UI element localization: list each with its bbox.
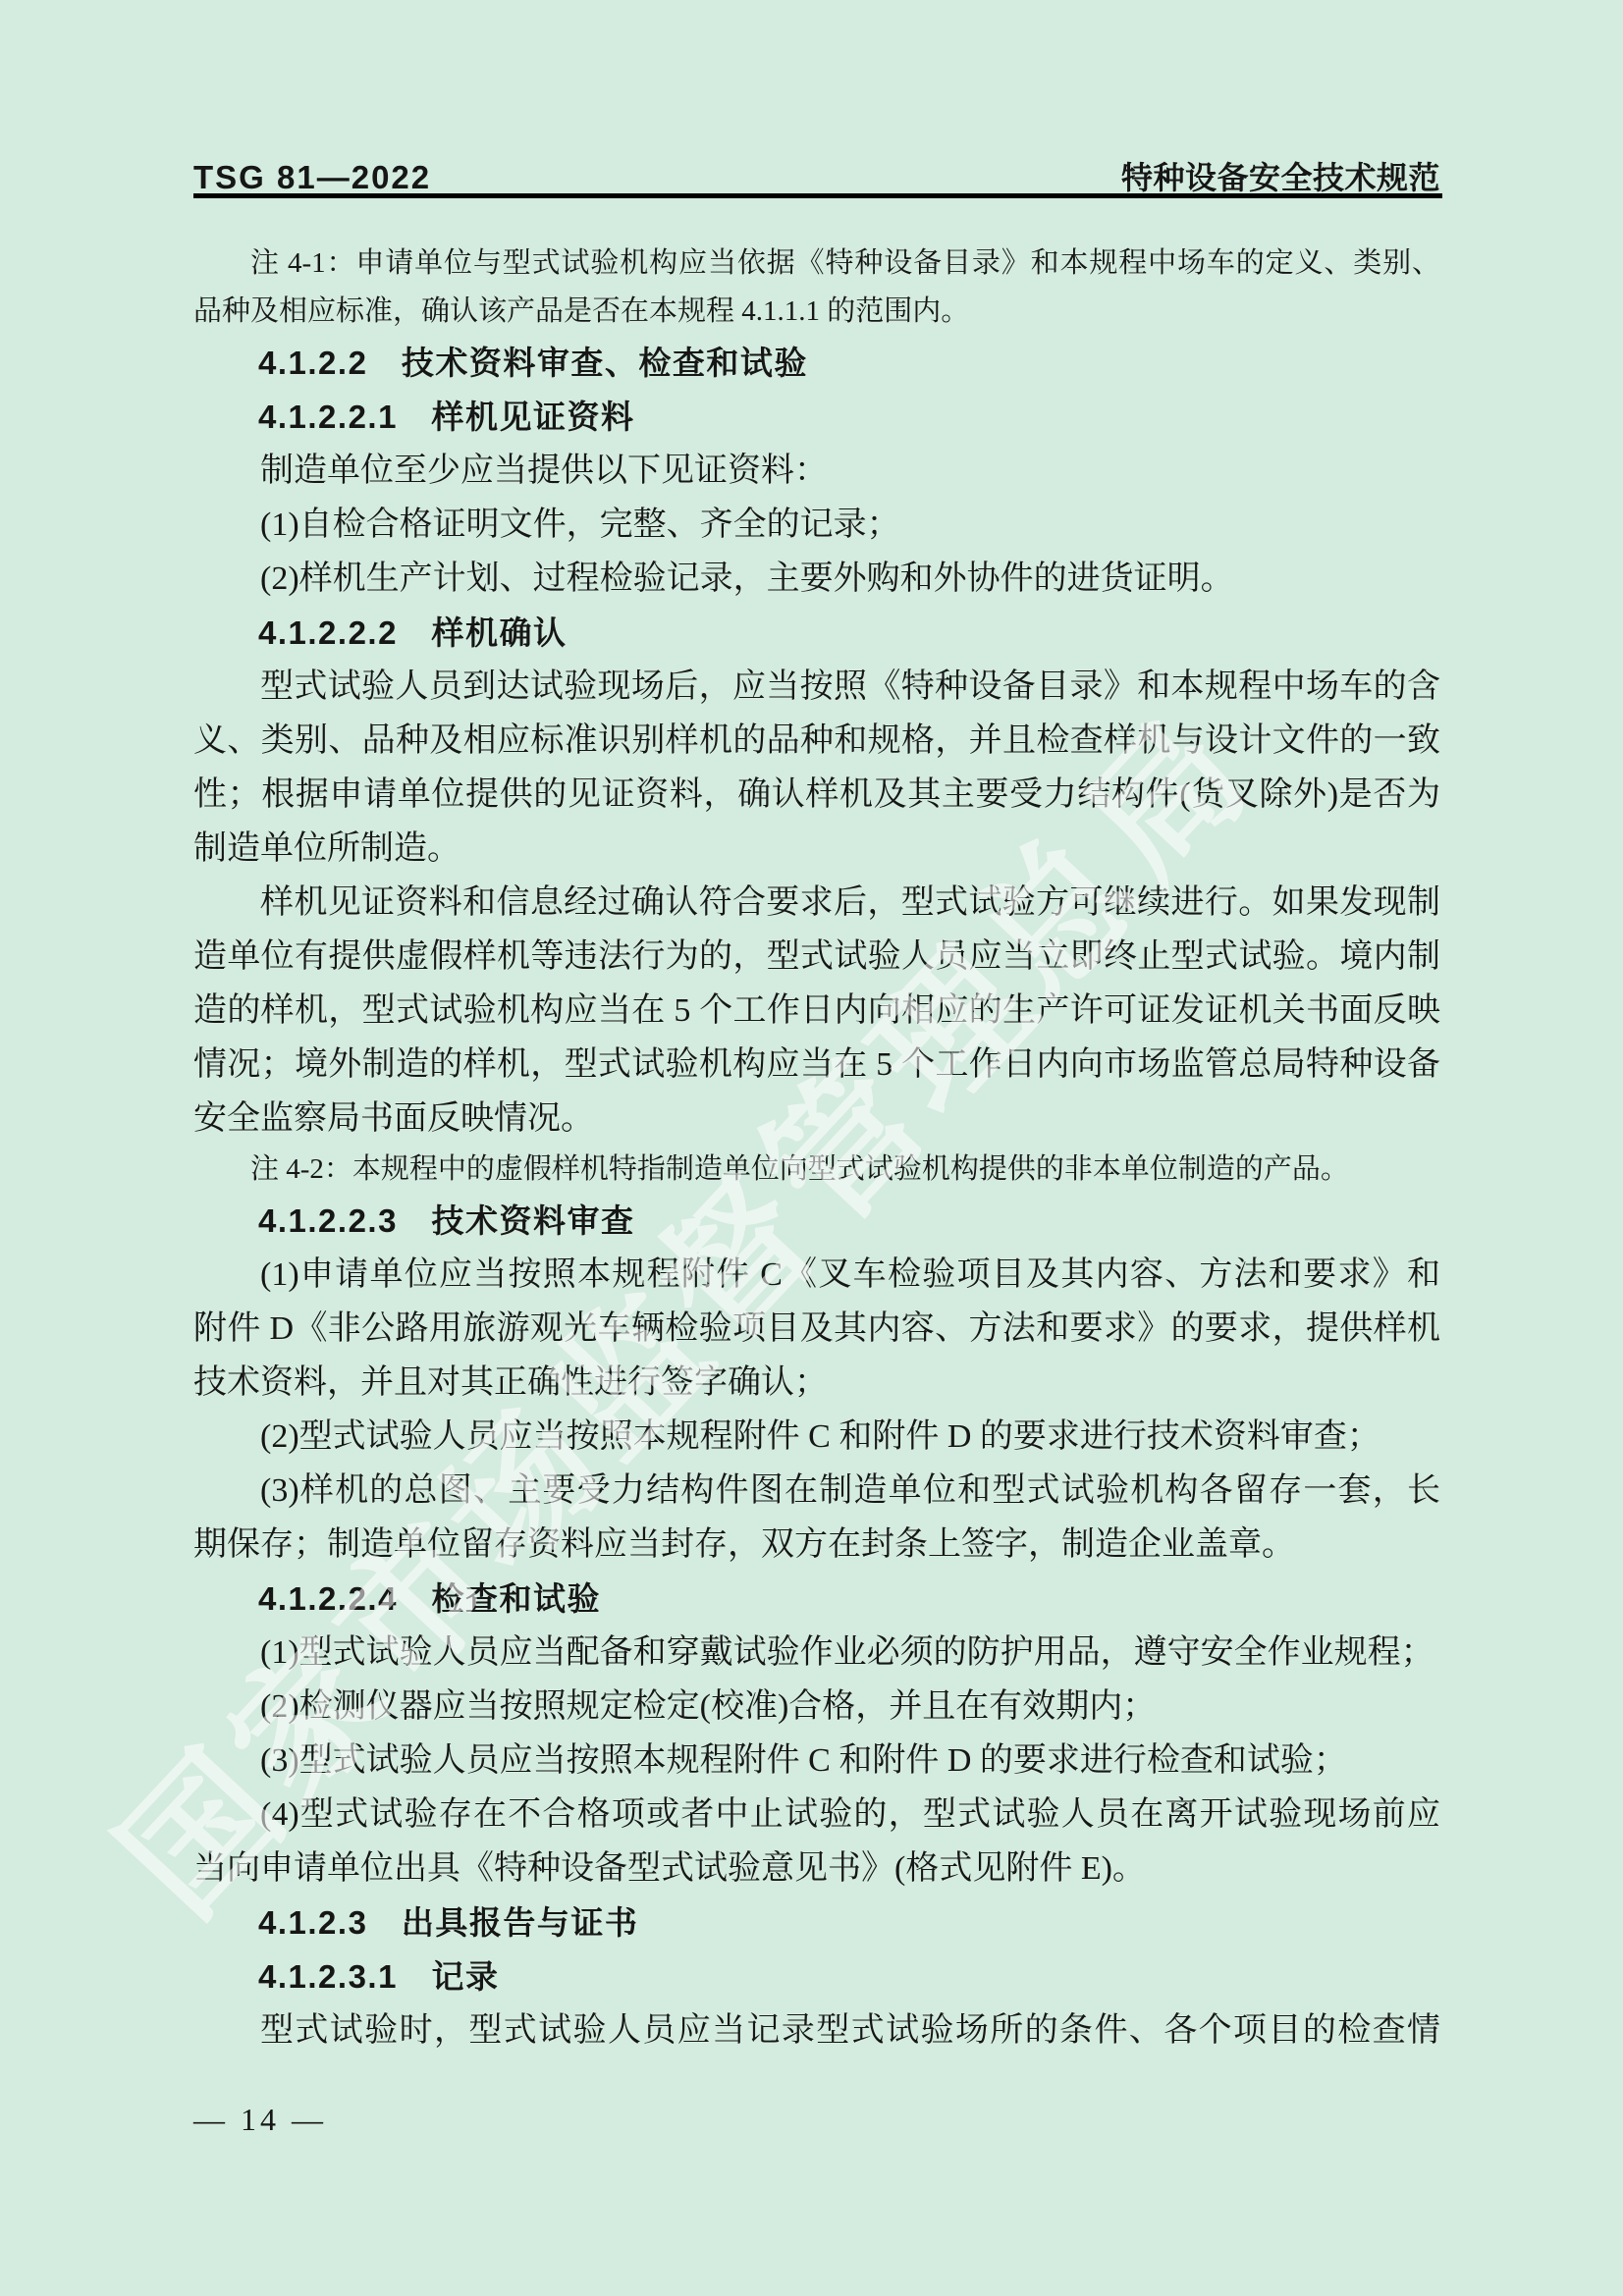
body-line: 制造单位至少应当提供以下见证资料： (193, 444, 1440, 498)
body-line: 附件 D《非公路用旅游观光车辆检验项目及其内容、方法和要求》的要求，提供样机 (193, 1302, 1440, 1356)
body-line: 安全监察局书面反映情况。 (193, 1092, 1440, 1146)
body-line: (1)型式试验人员应当配备和穿戴试验作业必须的防护用品，遵守安全作业规程； (193, 1626, 1440, 1680)
body-line: 造单位有提供虚假样机等违法行为的，型式试验人员应当立即终止型式试验。境内制 (193, 930, 1440, 984)
body-line: (1)申请单位应当按照本规程附件 C《叉车检验项目及其内容、方法和要求》和 (193, 1248, 1440, 1302)
body-line: 性；根据申请单位提供的见证资料，确认样机及其主要受力结构件(货叉除外)是否为 (193, 768, 1440, 822)
body-line: (2)样机生产计划、过程检验记录，主要外购和外协件的进货证明。 (193, 552, 1440, 606)
body-line: (3)样机的总图、主要受力结构件图在制造单位和型式试验机构各留存一套，长 (193, 1464, 1440, 1518)
body-line: (2)型式试验人员应当按照本规程附件 C 和附件 D 的要求进行技术资料审查； (193, 1410, 1440, 1464)
header-rule (193, 193, 1442, 198)
page-header: TSG 81—2022 特种设备安全技术规范 (193, 153, 1440, 198)
body-line: 当向申请单位出具《特种设备型式试验意见书》(格式见附件 E)。 (193, 1842, 1440, 1896)
body-line: 情况；境外制造的样机，型式试验机构应当在 5 个工作日内向市场监管总局特种设备 (193, 1038, 1440, 1092)
section-heading: 4.1.2.2.1 样机见证资料 (193, 390, 1440, 444)
body-line: 样机见证资料和信息经过确认符合要求后，型式试验方可继续进行。如果发现制 (193, 876, 1440, 930)
body-line: 型式试验时，型式试验人员应当记录型式试验场所的条件、各个项目的检查情 (193, 2003, 1440, 2057)
doc-title: 特种设备安全技术规范 (1121, 153, 1440, 198)
page-number: — 14 — (193, 2102, 327, 2138)
body-line: 义、类别、品种及相应标准识别样机的品种和规格，并且检查样机与设计文件的一致 (193, 714, 1440, 768)
body-line: (2)检测仪器应当按照规定检定(校准)合格，并且在有效期内； (193, 1680, 1440, 1734)
section-heading: 4.1.2.2.4 检查和试验 (193, 1572, 1440, 1626)
section-heading: 4.1.2.2.2 样机确认 (193, 606, 1440, 660)
body-line: 型式试验人员到达试验现场后，应当按照《特种设备目录》和本规程中场车的含 (193, 660, 1440, 714)
section-heading: 4.1.2.2 技术资料审查、检查和试验 (193, 336, 1440, 390)
body-line: 期保存；制造单位留存资料应当封存，双方在封条上签字，制造企业盖章。 (193, 1518, 1440, 1572)
document-body: 注 4-1：申请单位与型式试验机构应当依据《特种设备目录》和本规程中场车的定义、… (193, 240, 1440, 2057)
body-line: 造的样机，型式试验机构应当在 5 个工作日内向相应的生产许可证发证机关书面反映 (193, 984, 1440, 1038)
body-line: (1)自检合格证明文件，完整、齐全的记录； (193, 498, 1440, 552)
doc-code: TSG 81—2022 (193, 159, 431, 196)
note-line: 品种及相应标准，确认该产品是否在本规程 4.1.1.1 的范围内。 (193, 288, 1440, 336)
body-line: (3)型式试验人员应当按照本规程附件 C 和附件 D 的要求进行检查和试验； (193, 1734, 1440, 1788)
section-heading: 4.1.2.3 出具报告与证书 (193, 1896, 1440, 1949)
body-line: 技术资料，并且对其正确性进行签字确认； (193, 1356, 1440, 1410)
document-page: 国家市场监督管理总局 TSG 81—2022 特种设备安全技术规范 注 4-1：… (0, 0, 1623, 2296)
body-line: 制造单位所制造。 (193, 822, 1440, 876)
section-heading: 4.1.2.3.1 记录 (193, 1949, 1440, 2003)
body-line: (4)型式试验存在不合格项或者中止试验的，型式试验人员在离开试验现场前应 (193, 1788, 1440, 1842)
note-line: 注 4-1：申请单位与型式试验机构应当依据《特种设备目录》和本规程中场车的定义、… (193, 240, 1440, 288)
note-line: 注 4-2：本规程中的虚假样机特指制造单位向型式试验机构提供的非本单位制造的产品… (193, 1146, 1440, 1194)
section-heading: 4.1.2.2.3 技术资料审查 (193, 1194, 1440, 1248)
